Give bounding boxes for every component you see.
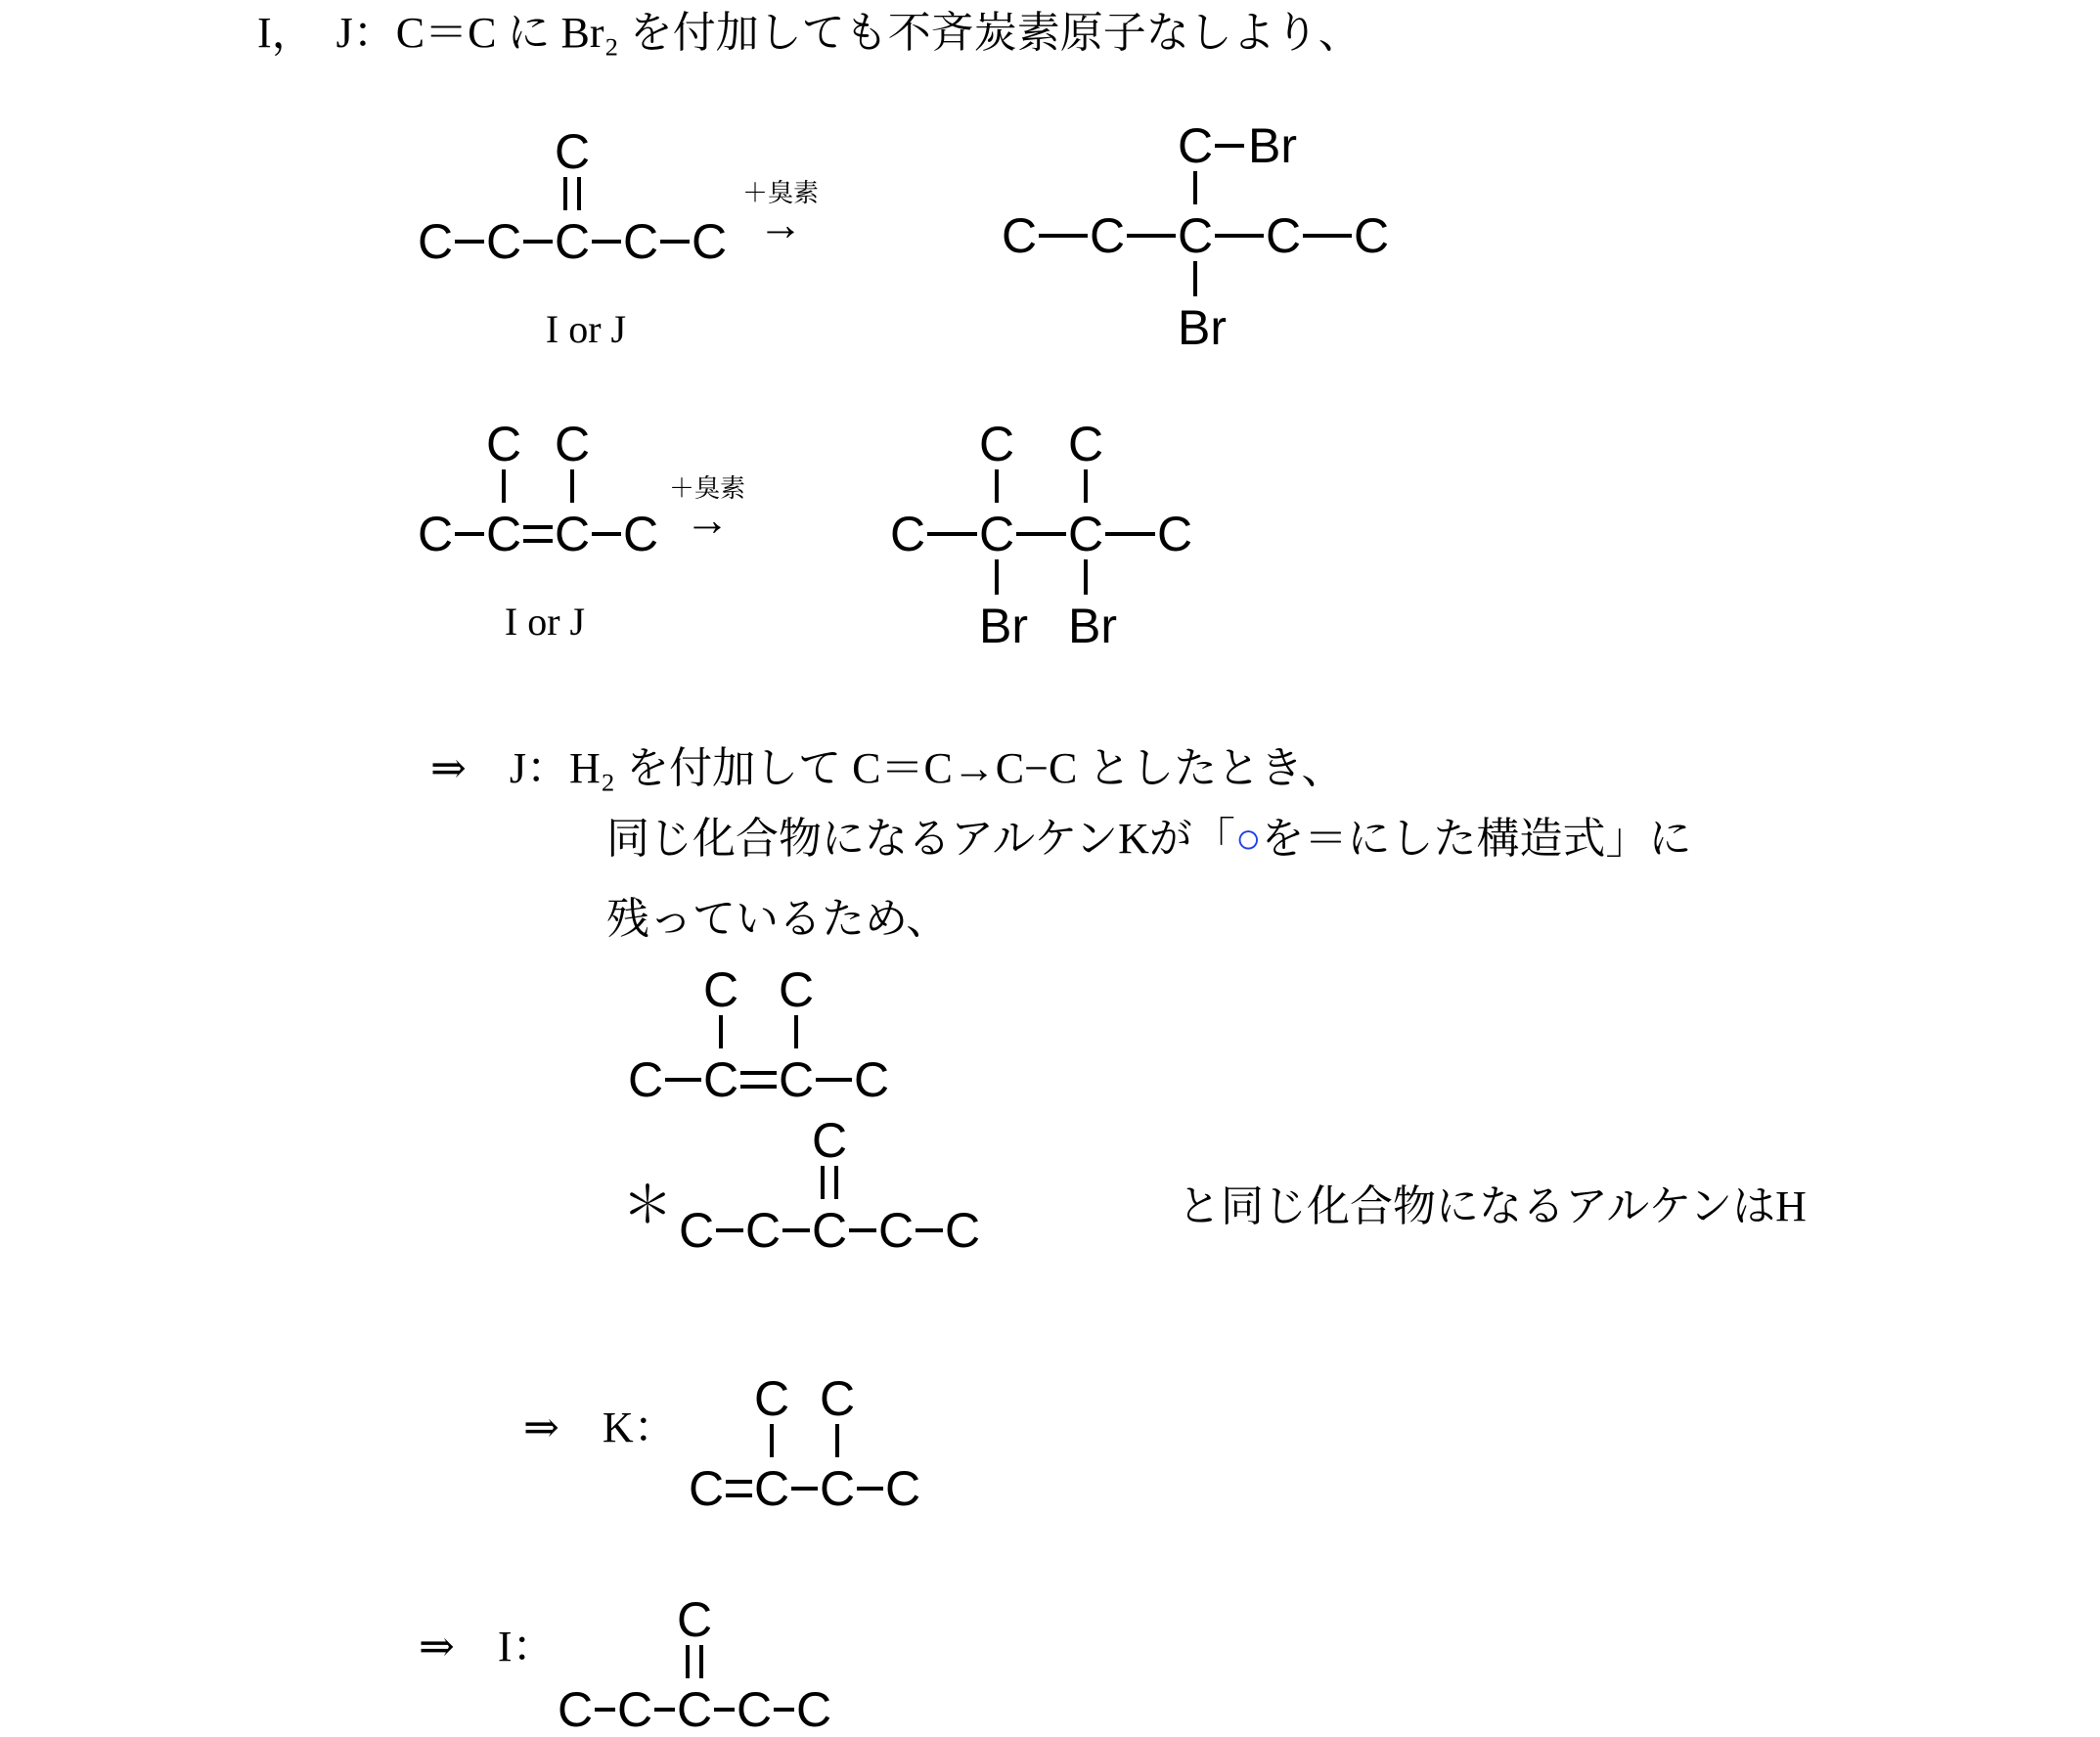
bond-vertical	[1193, 171, 1197, 204]
bond-horizontal	[816, 1078, 852, 1082]
deduction-j-line3: 残っているため、	[606, 892, 949, 947]
atom-c: C	[741, 1203, 784, 1258]
deduction-j-line2: 同じ化合物になるアルケンKが「○を＝にした構造式」に	[606, 812, 1692, 867]
bond-vertical	[794, 1015, 798, 1048]
atom-c: C	[941, 1203, 984, 1258]
atom-c: C	[619, 214, 662, 269]
bond-vertical	[835, 1424, 839, 1457]
bond-horizontal	[595, 1708, 615, 1712]
atom-c: C	[998, 208, 1041, 263]
bond-vertical	[1084, 559, 1088, 595]
bond-horizontal	[1016, 532, 1066, 536]
atom-c: C	[775, 1052, 818, 1107]
atom-c: C	[414, 214, 457, 269]
bond-horizontal	[774, 1708, 794, 1712]
atom-c: C	[881, 1461, 924, 1516]
atom-c: C	[792, 1682, 835, 1737]
bond-horizontal	[857, 1487, 883, 1491]
atom-c: C	[975, 417, 1018, 471]
atom-c: C	[975, 507, 1018, 561]
bond-horizontal	[1215, 234, 1264, 238]
bond-horizontal	[1303, 234, 1352, 238]
atom-c: C	[1174, 208, 1217, 263]
conclusion-k-label: ⇒ K：	[523, 1401, 677, 1455]
asterisk-mark: ＊	[622, 1180, 673, 1234]
bond-horizontal	[592, 532, 621, 536]
atom-c: C	[673, 1592, 716, 1647]
bond-vertical	[1084, 469, 1088, 503]
bond-horizontal	[849, 1228, 876, 1232]
atom-c: C	[482, 214, 525, 269]
atom-c: C	[482, 417, 525, 471]
right-arrow-icon: →	[722, 207, 839, 243]
atom-c: C	[808, 1113, 851, 1168]
bond-horizontal	[726, 1480, 752, 1484]
bond-vertical	[699, 1645, 703, 1678]
atom-c: C	[1153, 507, 1196, 561]
atom-c: C	[551, 507, 594, 561]
reaction-arrow-1: ＋臭素 →	[722, 180, 839, 243]
atom-c: C	[750, 1461, 793, 1516]
atom-c: C	[1086, 208, 1129, 263]
bond-horizontal	[592, 240, 621, 244]
atom-br: Br	[979, 599, 1057, 653]
atom-c: C	[699, 1052, 742, 1107]
atom-br: Br	[1248, 118, 1326, 173]
atom-c: C	[886, 507, 929, 561]
atom-c: C	[1064, 507, 1107, 561]
bond-horizontal	[523, 240, 553, 244]
atom-c: C	[1350, 208, 1393, 263]
line2-pre: 同じ化合物になるアルケンKが「	[606, 815, 1235, 863]
bond-horizontal	[1105, 532, 1155, 536]
bond-horizontal	[1039, 234, 1088, 238]
side-note: と同じ化合物になるアルケンはH	[1178, 1180, 1807, 1234]
bond-vertical	[1193, 261, 1197, 296]
bond-horizontal	[455, 240, 484, 244]
line2-post: を＝にした構造式」に	[1262, 815, 1692, 863]
atom-c: C	[673, 1682, 716, 1737]
reaction-arrow-2: ＋臭素 →	[648, 475, 766, 538]
structure-caption: I or J	[467, 601, 623, 644]
bond-vertical	[570, 469, 574, 503]
bond-horizontal	[716, 1228, 743, 1232]
bond-horizontal	[665, 1078, 701, 1082]
atom-c: C	[874, 1203, 917, 1258]
bond-horizontal	[654, 1708, 675, 1712]
atom-c: C	[554, 1682, 597, 1737]
atom-c: C	[808, 1203, 851, 1258]
atom-c: C	[551, 124, 594, 179]
atom-c: C	[414, 507, 457, 561]
atom-c: C	[675, 1203, 718, 1258]
atom-c: C	[1064, 417, 1107, 471]
atom-c: C	[624, 1052, 667, 1107]
bond-horizontal	[523, 539, 553, 543]
structure-caption: I or J	[508, 308, 664, 351]
deduction-j-line1: ⇒ J：H₂ を付加して C＝C→C−C としたとき、	[430, 741, 1345, 796]
bond-horizontal	[1127, 234, 1176, 238]
atom-c: C	[482, 507, 525, 561]
atom-c: C	[613, 1682, 656, 1737]
atom-c: C	[816, 1371, 859, 1426]
atom-br: Br	[1068, 599, 1146, 653]
bond-vertical	[770, 1424, 774, 1457]
atom-c: C	[733, 1682, 776, 1737]
bond-horizontal	[1215, 144, 1244, 148]
bond-horizontal	[726, 1493, 752, 1497]
bond-horizontal	[740, 1071, 777, 1075]
atom-c: C	[750, 1371, 793, 1426]
chemistry-note-page: I， J：C＝C に Br₂ を付加しても不斉炭素原子なしより、 CCCCCCI…	[0, 0, 2100, 1737]
bond-vertical	[563, 177, 567, 210]
bond-horizontal	[455, 532, 484, 536]
blue-circle-mark: ○	[1235, 815, 1262, 863]
atom-c: C	[816, 1461, 859, 1516]
bond-horizontal	[782, 1228, 810, 1232]
right-arrow-icon: →	[648, 503, 766, 538]
bond-horizontal	[927, 532, 977, 536]
atom-c: C	[1262, 208, 1305, 263]
bond-vertical	[686, 1645, 690, 1678]
bond-vertical	[502, 469, 506, 503]
bond-horizontal	[714, 1708, 735, 1712]
bond-horizontal	[523, 525, 553, 529]
bond-vertical	[995, 469, 999, 503]
bond-horizontal	[916, 1228, 943, 1232]
bond-vertical	[995, 559, 999, 595]
atom-c: C	[850, 1052, 893, 1107]
bond-vertical	[834, 1166, 838, 1199]
conclusion-i-label: ⇒ I：	[419, 1620, 556, 1674]
bond-horizontal	[740, 1085, 777, 1089]
atom-c: C	[699, 962, 742, 1017]
atom-c: C	[685, 1461, 728, 1516]
bond-horizontal	[791, 1487, 818, 1491]
atom-c: C	[1174, 118, 1217, 173]
heading-line: I， J：C＝C に Br₂ を付加しても不斉炭素原子なしより、	[257, 6, 1362, 61]
bond-vertical	[577, 177, 581, 210]
atom-c: C	[551, 417, 594, 471]
atom-c: C	[551, 214, 594, 269]
bond-vertical	[821, 1166, 825, 1199]
bond-horizontal	[660, 240, 690, 244]
atom-c: C	[775, 962, 818, 1017]
bond-vertical	[719, 1015, 723, 1048]
atom-br: Br	[1178, 300, 1256, 355]
